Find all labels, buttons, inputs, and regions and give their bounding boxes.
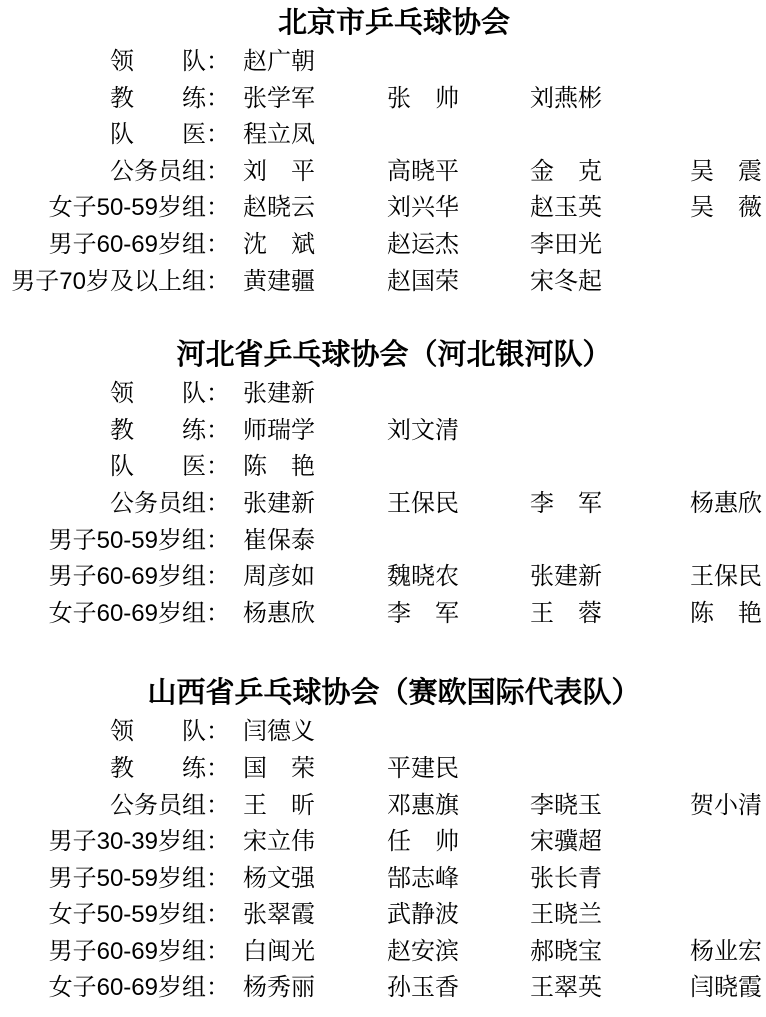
row-names: 程立凤 [230, 117, 766, 154]
member-name: 武静波 [374, 897, 517, 934]
row-names: 张翠霞武静波王晓兰 [230, 897, 766, 934]
roster-row: 教 练：张学军张 帅刘燕彬 [0, 81, 766, 118]
row-label: 男子50-59岁组： [0, 523, 230, 560]
roster-row: 队 医：程立凤 [0, 117, 766, 154]
row-names: 赵晓云刘兴华赵玉英吴 薇 [230, 190, 766, 227]
member-name: 张 帅 [374, 81, 517, 118]
roster-row: 女子60-69岁组：杨秀丽孙玉香王翠英闫晓霞 [0, 970, 766, 1007]
member-name: 崔保泰 [230, 523, 374, 560]
member-name: 李 军 [517, 486, 677, 523]
row-label: 男子60-69岁组： [0, 559, 230, 596]
member-name: 张学军 [230, 81, 374, 118]
member-name: 白闽光 [230, 934, 374, 971]
member-name: 平建民 [374, 751, 517, 788]
member-name: 郝晓宝 [517, 934, 677, 971]
association-section: 山西省乒乓球协会（赛欧国际代表队）领 队：闫德义教 练：国 荣平建民公务员组：王… [0, 675, 766, 1007]
member-name: 赵国荣 [374, 264, 517, 301]
member-name: 张翠霞 [230, 897, 374, 934]
roster-row: 男子50-59岁组：杨文强郜志峰张长青 [0, 861, 766, 898]
roster-row: 男子60-69岁组：沈 斌赵运杰李田光 [0, 227, 766, 264]
row-label: 领 队： [0, 44, 230, 81]
member-name: 王翠英 [517, 970, 677, 1007]
row-names: 赵广朝 [230, 44, 766, 81]
row-names: 张建新 [230, 376, 766, 413]
member-name: 国 荣 [230, 751, 374, 788]
member-name: 宋骥超 [517, 824, 677, 861]
row-names: 师瑞学刘文清 [230, 413, 766, 450]
association-title: 山西省乒乓球协会（赛欧国际代表队） [0, 675, 766, 712]
row-names: 张学军张 帅刘燕彬 [230, 81, 766, 118]
member-name: 赵玉英 [517, 190, 677, 227]
member-name: 张建新 [230, 486, 374, 523]
member-name: 师瑞学 [230, 413, 374, 450]
row-label: 男子30-39岁组： [0, 824, 230, 861]
member-name: 周彦如 [230, 559, 374, 596]
member-name: 闫德义 [230, 714, 374, 751]
member-name: 杨秀丽 [230, 970, 374, 1007]
member-name: 王保民 [677, 559, 753, 596]
member-name: 杨业宏 [677, 934, 753, 971]
roster-row: 男子30-39岁组：宋立伟任 帅宋骥超 [0, 824, 766, 861]
member-name: 吴 震 [677, 154, 753, 191]
roster-row: 教 练：国 荣平建民 [0, 751, 766, 788]
roster-row: 女子50-59岁组：赵晓云刘兴华赵玉英吴 薇 [0, 190, 766, 227]
member-name: 王 昕 [230, 788, 374, 825]
member-name: 吴 薇 [677, 190, 753, 227]
roster-row: 队 医：陈 艳 [0, 449, 766, 486]
roster-row: 领 队：张建新 [0, 376, 766, 413]
member-name: 刘兴华 [374, 190, 517, 227]
member-name: 郜志峰 [374, 861, 517, 898]
member-name: 赵晓云 [230, 190, 374, 227]
roster-row: 女子50-59岁组：张翠霞武静波王晓兰 [0, 897, 766, 934]
member-name: 金 克 [517, 154, 677, 191]
row-names: 国 荣平建民 [230, 751, 766, 788]
member-name: 李 军 [374, 596, 517, 633]
member-name: 刘文清 [374, 413, 517, 450]
roster-row: 公务员组：王 昕邓惠旗李晓玉贺小清 [0, 788, 766, 825]
member-name: 魏晓农 [374, 559, 517, 596]
member-name: 沈 斌 [230, 227, 374, 264]
member-name: 张建新 [230, 376, 374, 413]
row-label: 女子50-59岁组： [0, 190, 230, 227]
row-names: 王 昕邓惠旗李晓玉贺小清 [230, 788, 766, 825]
member-name: 杨文强 [230, 861, 374, 898]
row-label: 队 医： [0, 449, 230, 486]
member-name: 任 帅 [374, 824, 517, 861]
row-label: 女子60-69岁组： [0, 970, 230, 1007]
roster-row: 男子50-59岁组：崔保泰 [0, 523, 766, 560]
member-name: 杨惠欣 [230, 596, 374, 633]
member-name: 张长青 [517, 861, 677, 898]
row-names: 黄建疆赵国荣宋冬起 [230, 264, 766, 301]
row-names: 闫德义 [230, 714, 766, 751]
roster-row: 男子60-69岁组：白闽光赵安滨郝晓宝杨业宏 [0, 934, 766, 971]
member-name: 王保民 [374, 486, 517, 523]
roster-row: 男子60-69岁组：周彦如魏晓农张建新王保民 [0, 559, 766, 596]
association-section: 河北省乒乓球协会（河北银河队）领 队：张建新教 练：师瑞学刘文清队 医：陈 艳公… [0, 337, 766, 632]
member-name: 王晓兰 [517, 897, 677, 934]
sections-container: 北京市乒乓球协会领 队：赵广朝教 练：张学军张 帅刘燕彬队 医：程立凤公务员组：… [0, 5, 766, 1007]
association-title: 河北省乒乓球协会（河北银河队） [0, 337, 766, 374]
member-name: 陈 艳 [677, 596, 753, 633]
row-label: 公务员组： [0, 788, 230, 825]
roster-row: 男子70岁及以上组：黄建疆赵国荣宋冬起 [0, 264, 766, 301]
member-name: 高晓平 [374, 154, 517, 191]
row-names: 白闽光赵安滨郝晓宝杨业宏 [230, 934, 766, 971]
association-title: 北京市乒乓球协会 [0, 5, 766, 42]
member-name: 宋立伟 [230, 824, 374, 861]
row-label: 公务员组： [0, 154, 230, 191]
roster-row: 公务员组：张建新王保民李 军杨惠欣 [0, 486, 766, 523]
row-names: 陈 艳 [230, 449, 766, 486]
row-names: 沈 斌赵运杰李田光 [230, 227, 766, 264]
member-name: 王 蓉 [517, 596, 677, 633]
row-label: 教 练： [0, 81, 230, 118]
roster-row: 公务员组：刘 平高晓平金 克吴 震 [0, 154, 766, 191]
row-label: 男子70岁及以上组： [0, 264, 230, 301]
row-names: 杨秀丽孙玉香王翠英闫晓霞 [230, 970, 766, 1007]
member-name: 贺小清 [677, 788, 753, 825]
member-name: 程立凤 [230, 117, 374, 154]
row-names: 崔保泰 [230, 523, 766, 560]
row-label: 女子60-69岁组： [0, 596, 230, 633]
roster-row: 教 练：师瑞学刘文清 [0, 413, 766, 450]
member-name: 刘 平 [230, 154, 374, 191]
member-name: 李晓玉 [517, 788, 677, 825]
member-name: 赵广朝 [230, 44, 374, 81]
association-section: 北京市乒乓球协会领 队：赵广朝教 练：张学军张 帅刘燕彬队 医：程立凤公务员组：… [0, 5, 766, 300]
row-label: 教 练： [0, 751, 230, 788]
row-label: 教 练： [0, 413, 230, 450]
member-name: 张建新 [517, 559, 677, 596]
row-label: 男子50-59岁组： [0, 861, 230, 898]
row-names: 杨文强郜志峰张长青 [230, 861, 766, 898]
row-names: 杨惠欣李 军王 蓉陈 艳 [230, 596, 766, 633]
row-label: 领 队： [0, 376, 230, 413]
row-names: 周彦如魏晓农张建新王保民 [230, 559, 766, 596]
roster-page: 北京市乒乓球协会领 队：赵广朝教 练：张学军张 帅刘燕彬队 医：程立凤公务员组：… [0, 0, 766, 1017]
roster-row: 领 队：赵广朝 [0, 44, 766, 81]
member-name: 黄建疆 [230, 264, 374, 301]
member-name: 刘燕彬 [517, 81, 677, 118]
member-name: 孙玉香 [374, 970, 517, 1007]
row-label: 队 医： [0, 117, 230, 154]
row-names: 宋立伟任 帅宋骥超 [230, 824, 766, 861]
row-label: 女子50-59岁组： [0, 897, 230, 934]
row-label: 领 队： [0, 714, 230, 751]
member-name: 宋冬起 [517, 264, 677, 301]
member-name: 闫晓霞 [677, 970, 753, 1007]
row-label: 男子60-69岁组： [0, 227, 230, 264]
member-name: 邓惠旗 [374, 788, 517, 825]
member-name: 李田光 [517, 227, 677, 264]
member-name: 赵运杰 [374, 227, 517, 264]
row-names: 张建新王保民李 军杨惠欣 [230, 486, 766, 523]
roster-row: 领 队：闫德义 [0, 714, 766, 751]
row-names: 刘 平高晓平金 克吴 震 [230, 154, 766, 191]
member-name: 赵安滨 [374, 934, 517, 971]
roster-row: 女子60-69岁组：杨惠欣李 军王 蓉陈 艳 [0, 596, 766, 633]
member-name: 杨惠欣 [677, 486, 753, 523]
row-label: 公务员组： [0, 486, 230, 523]
member-name: 陈 艳 [230, 449, 374, 486]
row-label: 男子60-69岁组： [0, 934, 230, 971]
